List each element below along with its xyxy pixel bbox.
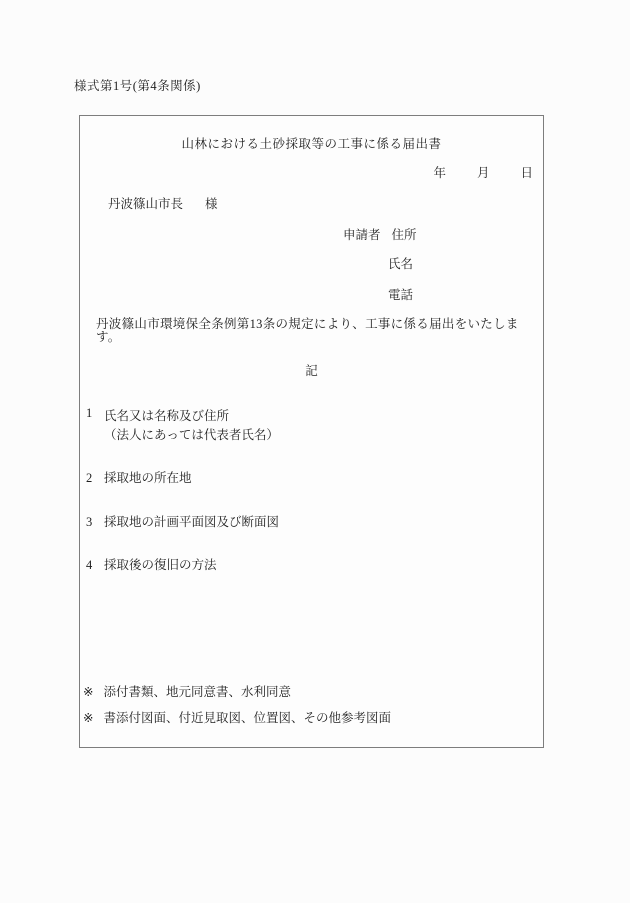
date-line: 年 月 日 xyxy=(80,167,543,180)
addressee-line: 丹波篠山市長様 xyxy=(108,198,218,211)
list-item-2: 2 採取地の所在地 xyxy=(86,472,192,485)
item-1-label: 氏名又は名称及び住所 xyxy=(104,409,229,423)
item-1-text: 氏名又は名称及び住所 （法人にあっては代表者氏名） xyxy=(104,407,279,445)
reference-mark-icon: ※ xyxy=(83,712,93,725)
applicant-address-label: 住所 xyxy=(392,228,417,242)
document-page: 様式第1号(第4条関係) 山林における土砂採取等の工事に係る届出書 年 月 日 … xyxy=(0,0,630,903)
form-border-frame: 山林における土砂採取等の工事に係る届出書 年 月 日 丹波篠山市長様 申請者住所… xyxy=(79,115,544,748)
footnote-2: ※ 書添付図面、付近見取図、位置図、その他参考図面 xyxy=(83,712,391,725)
item-1-number: 1 xyxy=(86,407,96,420)
footnote-1: ※ 添付書類、地元同意書、水利同意 xyxy=(83,686,291,699)
item-3-number: 3 xyxy=(86,516,96,529)
item-2-label: 採取地の所在地 xyxy=(104,472,192,485)
item-4-label: 採取後の復旧の方法 xyxy=(104,559,217,572)
footnote-2-text: 書添付図面、付近見取図、位置図、その他参考図面 xyxy=(103,712,391,725)
item-4-number: 4 xyxy=(86,559,96,572)
list-item-1: 1 氏名又は名称及び住所 （法人にあっては代表者氏名） xyxy=(86,407,279,445)
item-1-note: （法人にあっては代表者氏名） xyxy=(104,428,279,442)
item-3-label: 採取地の計画平面図及び断面図 xyxy=(104,516,279,529)
date-month-label: 月 xyxy=(477,167,490,180)
applicant-address-row: 申請者住所 xyxy=(343,229,417,242)
addressee-honorific: 様 xyxy=(205,197,218,211)
document-title: 山林における土砂採取等の工事に係る届出書 xyxy=(80,138,543,151)
list-item-3: 3 採取地の計画平面図及び断面図 xyxy=(86,516,279,529)
addressee-name: 丹波篠山市長 xyxy=(108,197,183,211)
date-year-label: 年 xyxy=(433,167,446,180)
applicant-phone-label: 電話 xyxy=(388,289,413,302)
list-item-4: 4 採取後の復旧の方法 xyxy=(86,559,217,572)
footnote-1-text: 添付書類、地元同意書、水利同意 xyxy=(103,686,291,699)
form-code-label: 様式第1号(第4条関係) xyxy=(74,80,201,93)
reference-mark-icon: ※ xyxy=(83,686,93,699)
applicant-name-label: 氏名 xyxy=(388,258,413,271)
declaration-sentence: 丹波篠山市環境保全条例第13条の規定により、工事に係る届出をいたします。 xyxy=(96,318,536,343)
date-day-label: 日 xyxy=(520,167,533,180)
section-marker-ki: 記 xyxy=(80,365,543,378)
item-2-number: 2 xyxy=(86,472,96,485)
applicant-label: 申請者 xyxy=(343,228,381,242)
